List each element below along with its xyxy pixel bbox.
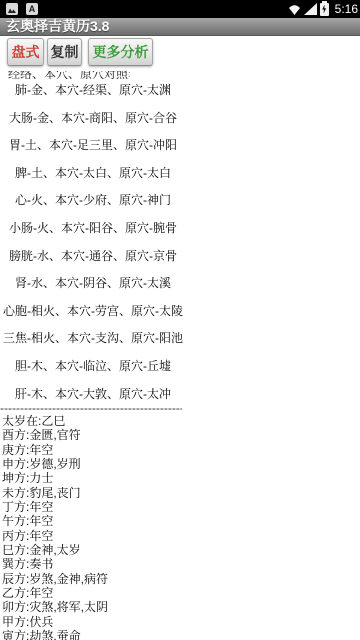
meridian-row-small-intestine: 小肠-火、本穴-阳谷、原穴-腕骨 (0, 215, 186, 243)
content-scroll-area[interactable]: 经络、本穴、原穴对照表 肺-金、本穴-经渠、原穴-太渊 大肠-金、本穴-商阳、原… (0, 66, 360, 640)
dashed-separator: ----------------------------------------… (0, 402, 182, 414)
battery-charging-icon (320, 3, 329, 16)
meridian-row-pericardium: 心胞-相火、本穴-劳宫、原穴-太陵 (0, 298, 186, 326)
charging-bolt-icon (322, 5, 327, 14)
annual-line-shen: 申方:岁德,岁刑 (2, 457, 358, 471)
annual-line-taisui: 太岁在:乙巳 (2, 414, 358, 428)
annual-line-mao: 卯方:灾煞,将军,太阴 (2, 600, 358, 614)
annual-line-yi: 乙方:年空 (2, 586, 358, 600)
annual-line-si: 巳方:金神,太岁 (2, 543, 358, 557)
app-title: 玄奥择吉黄历3.8 (0, 18, 360, 35)
copy-button[interactable]: 复制 (47, 38, 82, 66)
panshi-button[interactable]: 盘式 (7, 38, 44, 66)
meridian-row-spleen: 脾-土、本穴-太白、原穴-太白 (0, 160, 186, 188)
more-analysis-button[interactable]: 更多分析 (88, 38, 153, 66)
meridian-row-kidney: 肾-水、本穴-阴谷、原穴-太溪 (0, 270, 186, 298)
meridian-row-sanjiao: 三焦-相火、本穴-支沟、原穴-阳池 (0, 325, 186, 353)
annual-line-wu: 午方:年空 (2, 514, 358, 528)
cellular-signal-icon (304, 3, 317, 15)
status-time: 5:16 (335, 2, 358, 16)
app-notification-icon (6, 3, 18, 15)
letter-a-notification-icon: A (26, 3, 38, 15)
meridian-row-stomach: 胃-土、本穴-足三里、原穴-冲阳 (0, 132, 186, 160)
status-bar-right-cluster: 5:16 (288, 0, 358, 18)
meridian-row-bladder: 膀胱-水、本穴-通谷、原穴-京骨 (0, 243, 186, 271)
title-bar: 玄奥择吉黄历3.8 (0, 18, 360, 36)
meridian-row-lung: 肺-金、本穴-经渠、原穴-太渊 (0, 77, 186, 105)
meridian-row-gallbladder: 胆-木、本穴-临泣、原穴-丘墟 (0, 353, 186, 381)
wifi-icon (288, 4, 301, 15)
annual-line-bing: 丙方:年空 (2, 529, 358, 543)
app-screen: A 5:16 玄奥择吉黄历3.8 盘式 复制 更多分析 经络、本穴、原穴对照表 … (0, 0, 360, 640)
annual-line-geng: 庚方:年空 (2, 443, 358, 457)
annual-directions-list: 太岁在:乙巳 酉方:金匮,官符 庚方:年空 申方:岁德,岁刑 坤方:力士 未方:… (2, 414, 358, 640)
meridian-row-heart: 心-火、本穴-少府、原穴-神门 (0, 187, 186, 215)
annual-line-jia: 甲方:伏兵 (2, 615, 358, 629)
annual-line-xun: 巽方:奏书 (2, 557, 358, 571)
annual-line-chen: 辰方:岁煞,金神,病符 (2, 572, 358, 586)
meridian-list: 肺-金、本穴-经渠、原穴-太渊 大肠-金、本穴-商阳、原穴-合谷 胃-土、本穴-… (0, 77, 186, 408)
annual-line-wei: 未方:豹尾,丧门 (2, 486, 358, 500)
notification-glyph (8, 8, 16, 13)
meridian-row-large-intestine: 大肠-金、本穴-商阳、原穴-合谷 (0, 105, 186, 133)
annual-line-you: 酉方:金匮,官符 (2, 428, 358, 442)
annual-line-kun: 坤方:力士 (2, 471, 358, 485)
annual-line-ding: 丁方:年空 (2, 500, 358, 514)
annual-line-yin: 寅方:劫煞,蚕命 (2, 629, 358, 640)
status-bar: A 5:16 (0, 0, 360, 18)
